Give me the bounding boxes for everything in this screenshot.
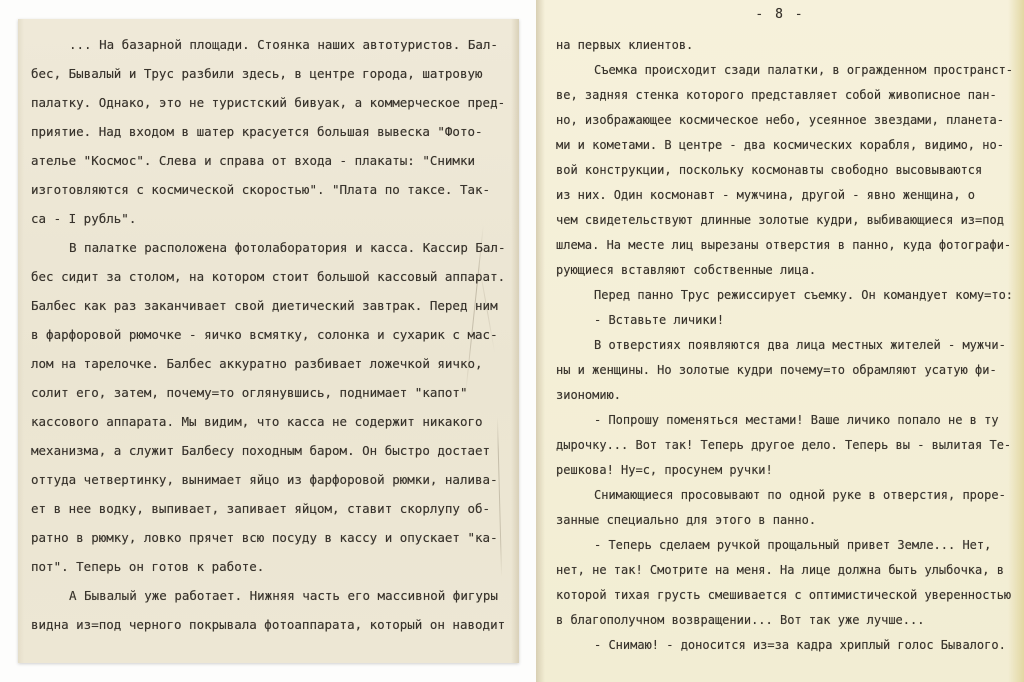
paragraph: В палатке расположена фотолаборатория и …	[31, 233, 517, 581]
paragraph: ... На базарной площади. Стоянка наших а…	[31, 30, 517, 233]
dialogue-line: - Вставьте личики!	[556, 308, 1022, 333]
scan-background: ... На базарной площади. Стоянка наших а…	[0, 0, 1024, 682]
dialogue-line: - Снимаю! - доносится из=за кадра хриплы…	[556, 633, 1022, 658]
paragraph: Съемка происходит сзади палатки, в ограж…	[556, 58, 1022, 283]
dialogue-line: - Теперь сделаем ручкой прощальный приве…	[556, 533, 1022, 633]
paragraph-continuation: на первых клиентов.	[556, 33, 1022, 58]
paragraph: Перед панно Трус режиссирует съемку. Он …	[556, 283, 1022, 308]
left-page-text: ... На базарной площади. Стоянка наших а…	[31, 30, 517, 639]
dialogue-line: - Попрошу поменяться местами! Ваше личик…	[556, 408, 1022, 483]
page-number: - 8 -	[536, 7, 1024, 22]
paragraph: Снимающиеся просовывают по одной руке в …	[556, 483, 1022, 533]
paragraph: В отверстиях появляются два лица местных…	[556, 333, 1022, 408]
left-page: ... На базарной площади. Стоянка наших а…	[18, 19, 519, 663]
right-page: - 8 - на первых клиентов. Съемка происхо…	[536, 0, 1024, 682]
paragraph: А Бывалый уже работает. Нижняя часть его…	[31, 581, 517, 639]
right-page-text: на первых клиентов. Съемка происходит сз…	[556, 33, 1022, 658]
